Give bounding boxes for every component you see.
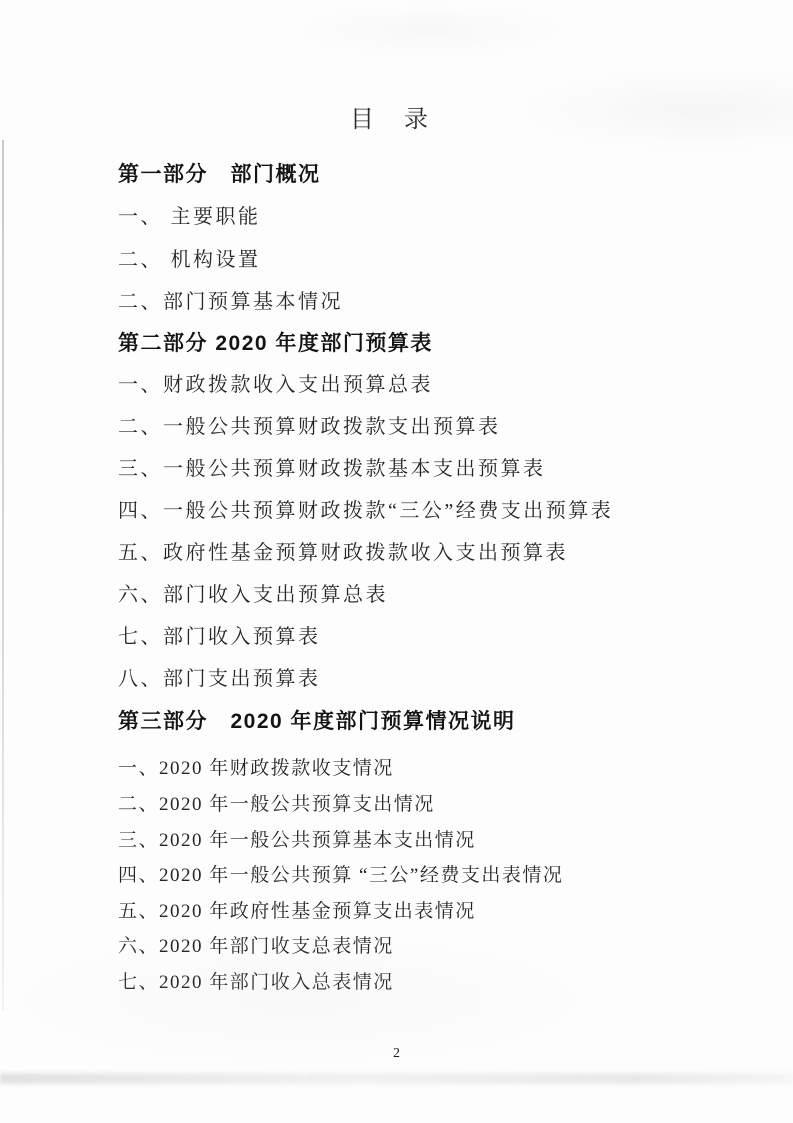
toc-item: 一、财政拨款收入支出预算总表 — [118, 371, 433, 399]
page-number: 2 — [0, 1046, 793, 1062]
toc-item: 一、 主要职能 — [118, 203, 261, 231]
toc-item: 六、部门收入支出预算总表 — [118, 581, 388, 609]
toc-item: 七、2020 年部门收入总表情况 — [118, 969, 394, 997]
toc-item: 八、部门支出预算表 — [118, 665, 321, 693]
toc-item: 四、2020 年一般公共预算 “三公”经费支出表情况 — [118, 862, 563, 890]
toc-item: 一、2020 年财政拨款收支情况 — [118, 755, 394, 783]
toc-section-2-heading: 第二部分 2020 年度部门预算表 — [118, 330, 433, 358]
toc-item: 五、政府性基金预算财政拨款收入支出预算表 — [118, 539, 568, 567]
toc-section-1-heading: 第一部分 部门概况 — [118, 161, 321, 189]
toc-item: 二、2020 年一般公共预算支出情况 — [118, 791, 435, 819]
page-title: 目 录 — [118, 99, 663, 134]
toc-item: 四、一般公共预算财政拨款“三公”经费支出预算表 — [118, 497, 613, 525]
toc-item: 五、2020 年政府性基金预算支出表情况 — [118, 898, 476, 926]
document-page: 目 录 第一部分 部门概况 一、 主要职能 二、 机构设置 二、部门预算基本情况… — [0, 0, 793, 1123]
toc-item: 二、一般公共预算财政拨款支出预算表 — [118, 413, 501, 441]
scan-shadow-artifact — [0, 1073, 793, 1084]
toc-item: 二、 机构设置 — [118, 246, 261, 274]
toc-section-3-heading: 第三部分 2020 年度部门预算情况说明 — [118, 708, 516, 736]
toc-item: 七、部门收入预算表 — [118, 623, 321, 651]
toc-item: 三、2020 年一般公共预算基本支出情况 — [118, 827, 476, 855]
toc-item: 二、部门预算基本情况 — [118, 288, 343, 316]
scan-edge-artifact — [2, 140, 4, 1010]
toc-item: 三、一般公共预算财政拨款基本支出预算表 — [118, 455, 546, 483]
toc-item: 六、2020 年部门收支总表情况 — [118, 933, 394, 961]
